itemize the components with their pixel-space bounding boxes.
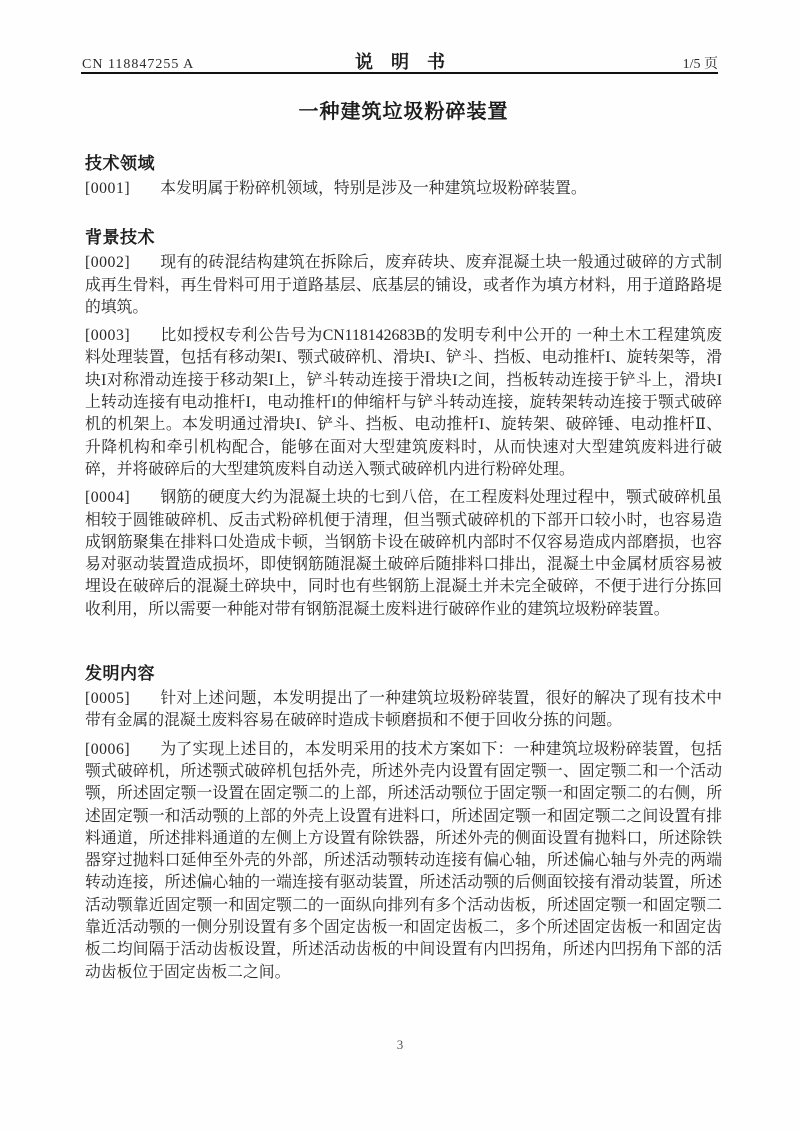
page-indicator: 1/5 页 (445, 53, 718, 73)
section-heading-summary-of-invention: 发明内容 (85, 663, 722, 685)
paragraph-number: [0005] (85, 688, 130, 710)
paragraph-text: 钢筋的硬度大约为混凝土块的七到八倍，在工程废料处理过程中，颚式破碎机虽相较于圆锥… (85, 489, 722, 617)
paragraph-number: [0004] (85, 487, 130, 509)
section-background-art: 背景技术 [0002]现有的砖混结构建筑在拆除后，废弃砖块、废弃混凝土块一般通过… (85, 227, 722, 621)
header-divider (81, 72, 718, 74)
document-type-title: 说 明 书 (355, 48, 445, 74)
paragraph-text: 本发明属于粉碎机领域，特别是涉及一种建筑垃圾粉碎装置。 (160, 180, 587, 197)
paragraph-number: [0006] (85, 739, 130, 761)
paragraph-number: [0001] (85, 178, 130, 200)
invention-title: 一种建筑垃圾粉碎装置 (85, 100, 722, 124)
paragraph-text: 针对上述问题，本发明提出了一种建筑垃圾粉碎装置，很好的解决了现有技术中带有金属的… (85, 690, 722, 729)
section-heading-background-art: 背景技术 (85, 227, 722, 249)
paragraph-0004: [0004]钢筋的硬度大约为混凝土块的七到八倍，在工程废料处理过程中，颚式破碎机… (85, 487, 722, 621)
section-technical-field: 技术领域 [0001]本发明属于粉碎机领域，特别是涉及一种建筑垃圾粉碎装置。 (85, 153, 722, 200)
section-summary-of-invention: 发明内容 [0005]针对上述问题，本发明提出了一种建筑垃圾粉碎装置，很好的解决… (85, 663, 722, 984)
paragraph-0005: [0005]针对上述问题，本发明提出了一种建筑垃圾粉碎装置，很好的解决了现有技术… (85, 688, 722, 733)
page-footer: 3 (0, 1036, 800, 1054)
paragraph-text: 为了实现上述目的，本发明采用的技术方案如下：一种建筑垃圾粉碎装置，包括颚式破碎机… (85, 741, 722, 981)
paragraph-number: [0003] (85, 325, 130, 347)
page-number: 3 (397, 1037, 404, 1052)
paragraph-0003: [0003]比如授权专利公告号为CN118142683B的发明专利中公开的 一种… (85, 325, 722, 481)
paragraph-0001: [0001]本发明属于粉碎机领域，特别是涉及一种建筑垃圾粉碎装置。 (85, 178, 722, 200)
document-number: CN 118847255 A (82, 57, 355, 73)
paragraph-0002: [0002]现有的砖混结构建筑在拆除后，废弃砖块、废弃混凝土块一般通过破碎的方式… (85, 252, 722, 319)
paragraph-text: 现有的砖混结构建筑在拆除后，废弃砖块、废弃混凝土块一般通过破碎的方式制成再生骨料… (85, 254, 722, 316)
paragraph-number: [0002] (85, 252, 130, 274)
section-heading-technical-field: 技术领域 (85, 153, 722, 175)
page-header: CN 118847255 A 说 明 书 1/5 页 (82, 48, 718, 74)
patent-description-page: CN 118847255 A 说 明 书 1/5 页 一种建筑垃圾粉碎装置 技术… (0, 0, 800, 1131)
paragraph-text: 比如授权专利公告号为CN118142683B的发明专利中公开的 一种土木工程建筑… (85, 327, 722, 478)
document-body: 一种建筑垃圾粉碎装置 技术领域 [0001]本发明属于粉碎机领域，特别是涉及一种… (85, 100, 722, 984)
paragraph-0006: [0006]为了实现上述目的，本发明采用的技术方案如下：一种建筑垃圾粉碎装置，包… (85, 739, 722, 984)
